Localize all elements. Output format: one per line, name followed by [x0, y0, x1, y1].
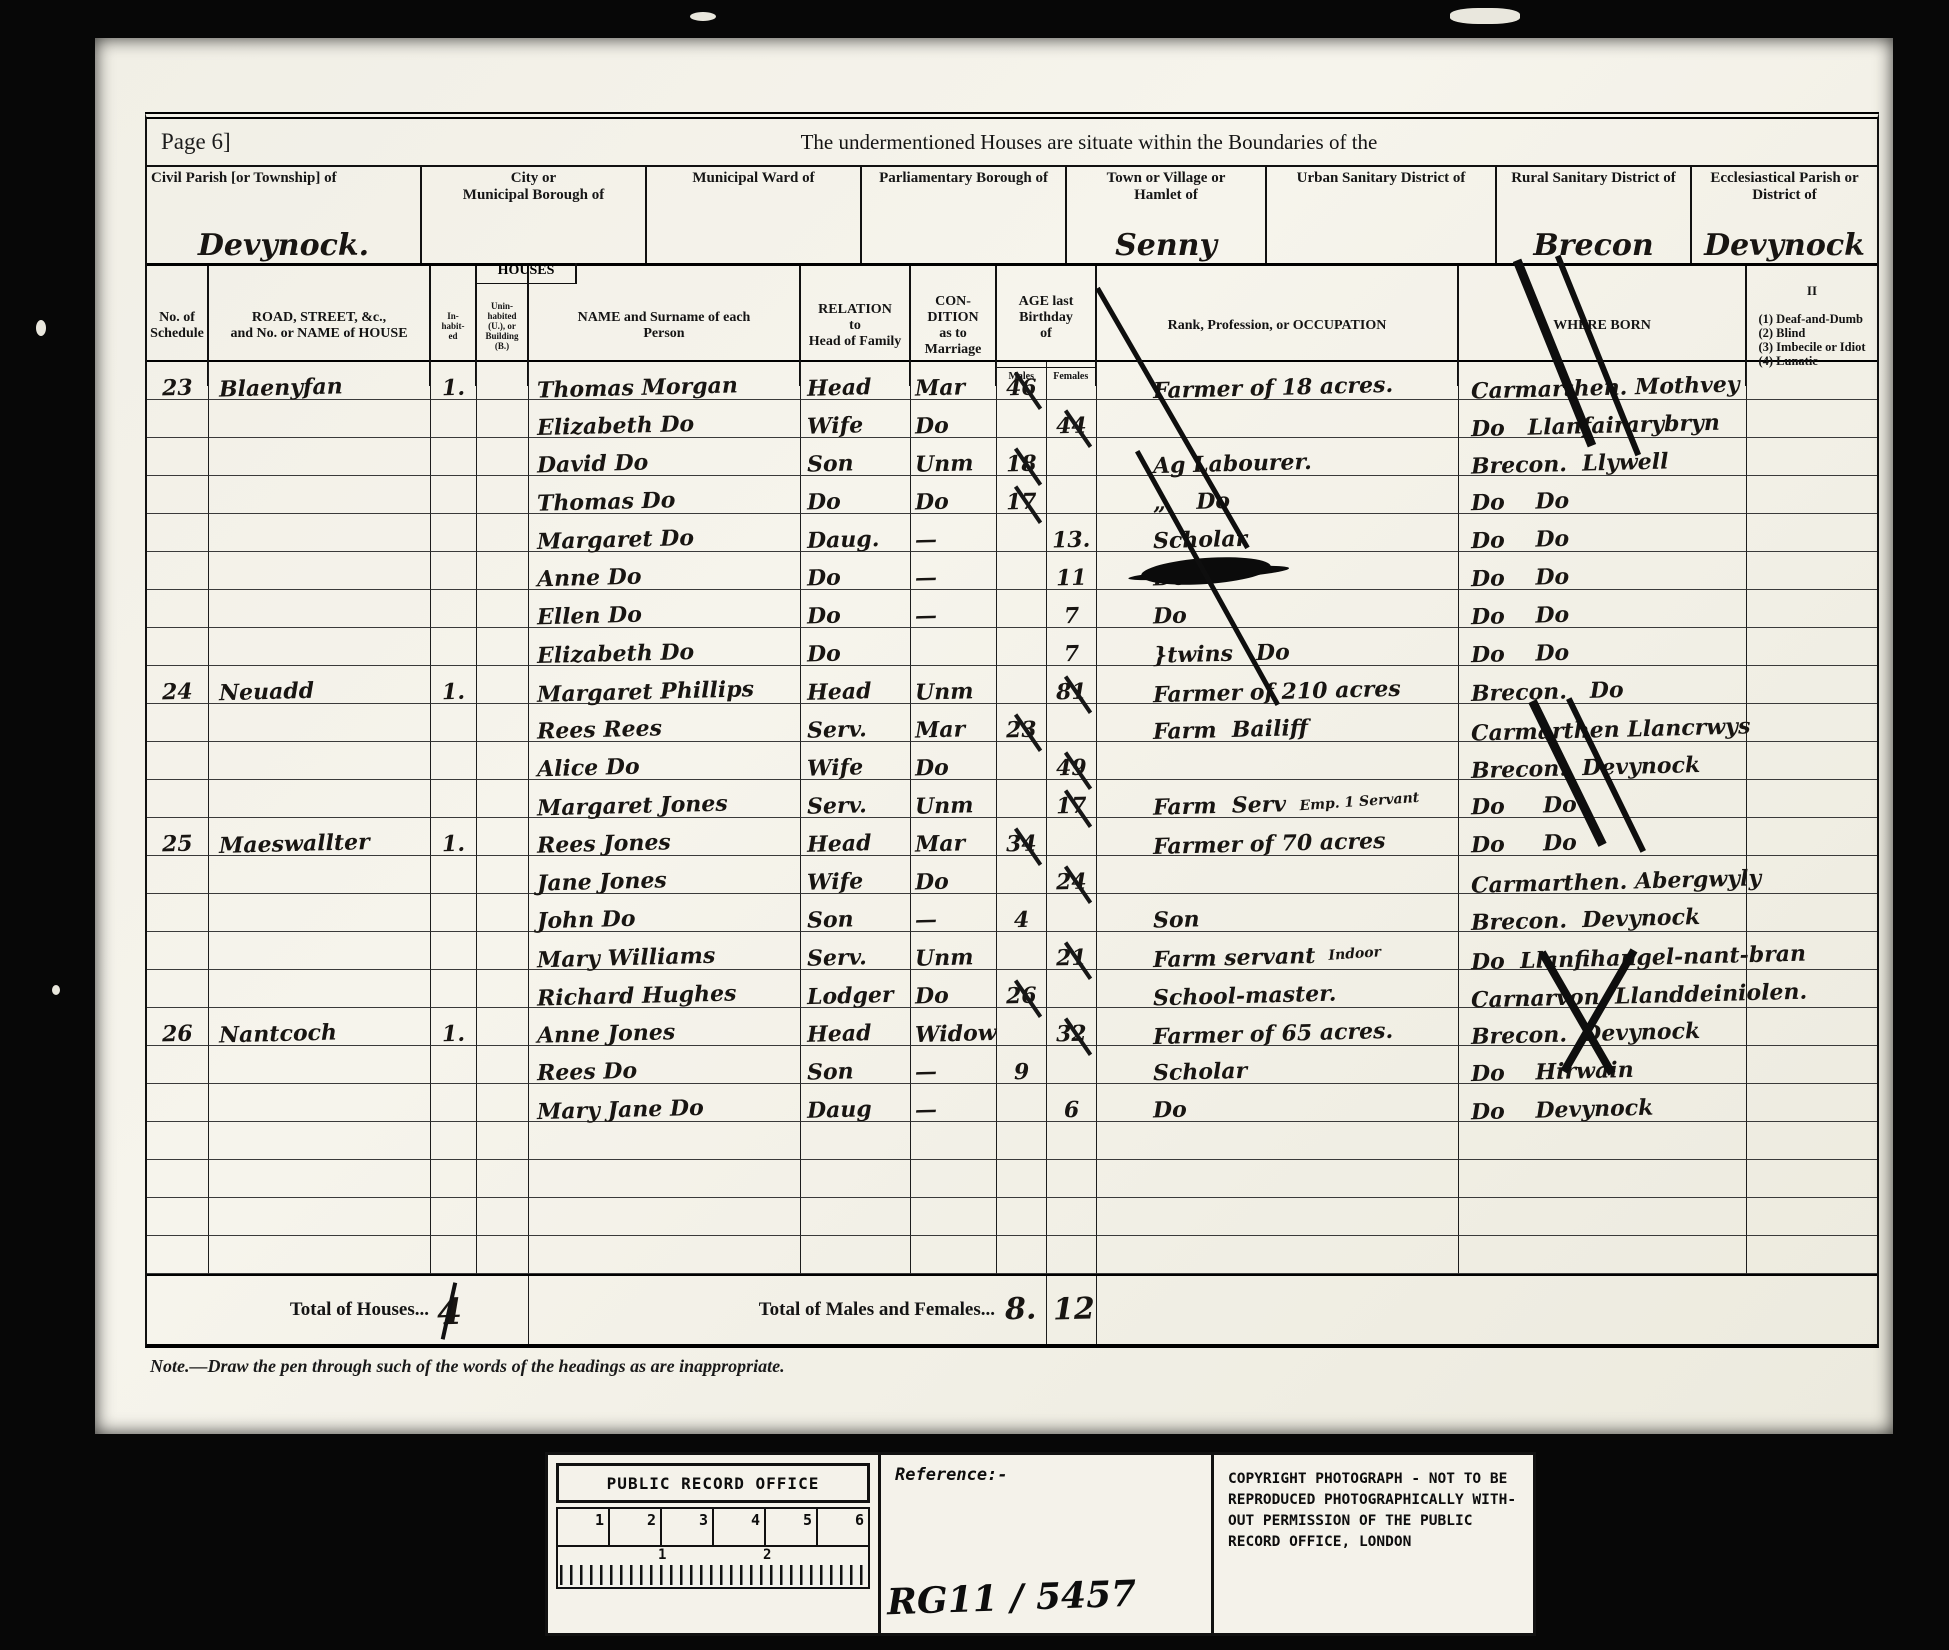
- handwritten-entry: Farmer of 65 acres.: [1153, 1020, 1394, 1048]
- handwritten-entry: School-master.: [1153, 983, 1337, 1010]
- cell-s: [147, 476, 209, 514]
- cell-i: [431, 1236, 477, 1274]
- table-row: Alice DoWifeDo49Brecon. Devynock: [147, 742, 1877, 780]
- handwritten-entry: 1.: [442, 833, 466, 856]
- handwritten-entry: Do Do: [1471, 528, 1570, 553]
- cell-r: Lodger: [801, 970, 911, 1008]
- total-houses-value: 4: [437, 1294, 463, 1331]
- district-label: Civil Parish [or Township] of: [151, 170, 416, 187]
- cell-x: [1747, 1122, 1877, 1160]
- column-header-row: No. of Schedule ROAD, STREET, &c., and N…: [147, 266, 1877, 362]
- cell-n: [529, 1122, 801, 1160]
- age-header-label: AGE last Birthday of: [1019, 294, 1074, 342]
- cell-f: [1047, 362, 1097, 400]
- cell-s: [147, 1160, 209, 1198]
- cell-m: [997, 400, 1047, 438]
- cell-f: 24: [1047, 856, 1097, 894]
- cell-h: [209, 932, 431, 970]
- cell-x: [1747, 932, 1877, 970]
- cell-r: Do: [801, 552, 911, 590]
- cell-r: Do: [801, 590, 911, 628]
- ruler-number: 6: [818, 1509, 868, 1545]
- cell-m: 46: [997, 362, 1047, 400]
- cell-n: Anne Do: [529, 552, 801, 590]
- handwritten-entry: Son: [807, 908, 854, 931]
- handwritten-entry: Margaret Phillips: [537, 678, 754, 706]
- page-number: Page 6]: [147, 129, 461, 155]
- cell-s: [147, 780, 209, 818]
- cell-s: [147, 1198, 209, 1236]
- cell-i: [431, 514, 477, 552]
- handwritten-entry: Do: [807, 491, 841, 514]
- cell-u: [477, 1236, 529, 1274]
- cell-s: [147, 704, 209, 742]
- handwritten-entry: Do: [1153, 605, 1187, 628]
- cell-o: Do: [1097, 1084, 1459, 1122]
- cell-r: Do: [801, 628, 911, 666]
- handwritten-entry: Unm: [915, 946, 974, 970]
- cell-h: [209, 552, 431, 590]
- handwritten-entry: 1.: [442, 681, 466, 704]
- cell-s: [147, 970, 209, 1008]
- cell-x: [1747, 742, 1877, 780]
- handwritten-entry: Carmarthen. Abergwyly: [1471, 867, 1762, 897]
- handwritten-entry: Head: [807, 680, 872, 704]
- cell-r: Head: [801, 666, 911, 704]
- cell-c: Unm: [911, 666, 997, 704]
- footer-note: Note.—Draw the pen through such of the w…: [150, 1356, 785, 1377]
- cell-s: [147, 1236, 209, 1274]
- cell-m: [997, 552, 1047, 590]
- handwritten-entry: Son: [807, 452, 854, 475]
- handwritten-entry: Do Do: [1471, 604, 1570, 629]
- cell-m: [997, 1160, 1047, 1198]
- handwritten-entry: Rees Rees: [537, 717, 663, 742]
- cell-u: [477, 438, 529, 476]
- cell-f: 44: [1047, 400, 1097, 438]
- handwritten-entry: 21: [1056, 947, 1087, 970]
- cell-o: [1097, 856, 1459, 894]
- table-row: David DoSonUnm18Ag Labourer.Brecon. Llyw…: [147, 438, 1877, 476]
- cell-x: [1747, 894, 1877, 932]
- cell-u: [477, 1122, 529, 1160]
- handwritten-entry: Serv.: [807, 946, 867, 970]
- handwritten-entry: Do Do: [1471, 642, 1570, 667]
- total-houses-label: Total of Houses...: [147, 1299, 431, 1321]
- cell-u: [477, 1084, 529, 1122]
- handwritten-entry: Farmer of 18 acres.: [1153, 374, 1394, 402]
- stamp-office-name: PUBLIC RECORD OFFICE: [556, 1463, 870, 1503]
- district-value: Devynock: [1704, 228, 1865, 263]
- cell-c: [911, 1160, 997, 1198]
- cell-x: [1747, 704, 1877, 742]
- cell-o: }twins Do: [1097, 628, 1459, 666]
- cell-n: Elizabeth Do: [529, 628, 801, 666]
- cell-r: Wife: [801, 856, 911, 894]
- handwritten-entry: 49: [1056, 757, 1087, 780]
- table-row: 24Neuadd1.Margaret PhillipsHeadUnm81Farm…: [147, 666, 1877, 704]
- ruler-tick-marks: [560, 1565, 866, 1585]
- cell-b: Do Llanfairarybryn: [1459, 400, 1747, 438]
- handwritten-entry: Do: [915, 757, 949, 780]
- cell-b: Carmarthen Llancrwys: [1459, 704, 1747, 742]
- cell-n: [529, 1160, 801, 1198]
- cell-n: John Do: [529, 894, 801, 932]
- cell-m: 34: [997, 818, 1047, 856]
- cell-n: [529, 1198, 801, 1236]
- cell-b: Do Do: [1459, 780, 1747, 818]
- cell-o: [1097, 1160, 1459, 1198]
- cell-x: [1747, 1236, 1877, 1274]
- table-row: [147, 1122, 1877, 1160]
- cell-n: [529, 1236, 801, 1274]
- cell-b: Brecon. Devynock: [1459, 1008, 1747, 1046]
- cell-m: [997, 1198, 1047, 1236]
- handwritten-entry: Mar: [915, 376, 966, 399]
- cell-f: 21: [1047, 932, 1097, 970]
- handwritten-entry: 18: [1006, 453, 1037, 476]
- cell-c: Unm: [911, 438, 997, 476]
- record-rows: 23Blaenyfan1.Thomas MorganHeadMar46Farme…: [147, 362, 1877, 1274]
- reference-label: Reference:-: [881, 1455, 1211, 1485]
- cell-c: [911, 628, 997, 666]
- handwritten-entry: 7: [1064, 605, 1080, 627]
- handwritten-entry: 7: [1064, 643, 1080, 665]
- table-row: [147, 1236, 1877, 1274]
- cell-h: [209, 780, 431, 818]
- cell-r: Head: [801, 362, 911, 400]
- cell-n: Anne Jones: [529, 1008, 801, 1046]
- cell-c: Mar: [911, 704, 997, 742]
- ruler-number: 2: [610, 1509, 662, 1545]
- handwritten-entry: Thomas Do: [537, 489, 676, 515]
- cell-u: [477, 552, 529, 590]
- handwritten-entry: Ag Labourer.: [1153, 451, 1312, 477]
- houses-header: HOUSES: [477, 263, 577, 284]
- cell-x: [1747, 1084, 1877, 1122]
- handwritten-entry: Do Do: [1471, 490, 1570, 515]
- cell-f: 11: [1047, 552, 1097, 590]
- cell-n: Thomas Do: [529, 476, 801, 514]
- handwritten-entry: Wife: [807, 414, 864, 437]
- table-row: Elizabeth DoDo7}twins DoDo Do: [147, 628, 1877, 666]
- cell-i: [431, 1160, 477, 1198]
- cell-c: Unm: [911, 932, 997, 970]
- cell-u: [477, 628, 529, 666]
- cell-s: [147, 1122, 209, 1160]
- cell-c: —: [911, 894, 997, 932]
- cell-i: 1.: [431, 1008, 477, 1046]
- cell-r: Serv.: [801, 780, 911, 818]
- cell-b: [1459, 1236, 1747, 1274]
- handwritten-entry: 17: [1056, 795, 1087, 818]
- ruler-number: 1: [558, 1509, 610, 1545]
- cell-f: 49: [1047, 742, 1097, 780]
- cell-h: [209, 1236, 431, 1274]
- handwritten-entry: Scholar: [1153, 1060, 1248, 1084]
- cell-s: 25: [147, 818, 209, 856]
- cell-i: [431, 1084, 477, 1122]
- cell-b: Brecon. Do: [1459, 666, 1747, 704]
- handwritten-entry: —: [915, 1061, 938, 1084]
- handwritten-entry: Richard Hughes: [537, 982, 737, 1009]
- cell-n: Jane Jones: [529, 856, 801, 894]
- occupation-annotation: Indoor: [1328, 945, 1381, 963]
- cell-n: Margaret Jones: [529, 780, 801, 818]
- cell-i: [431, 932, 477, 970]
- cell-m: [997, 932, 1047, 970]
- handwritten-entry: 25: [162, 833, 193, 856]
- handwritten-entry: 32: [1056, 1023, 1087, 1046]
- handwritten-entry: Lodger: [807, 984, 894, 1008]
- stamp-ruler-numbers: 123456: [556, 1507, 870, 1545]
- cell-x: [1747, 1046, 1877, 1084]
- district-value: Senny: [1115, 228, 1217, 263]
- cell-c: Do: [911, 742, 997, 780]
- cell-b: Brecon. Devynock: [1459, 894, 1747, 932]
- cell-f: [1047, 1122, 1097, 1160]
- cell-o: Farm servantIndoor: [1097, 932, 1459, 970]
- cell-o: Ag Labourer.: [1097, 438, 1459, 476]
- cell-s: 26: [147, 1008, 209, 1046]
- district-cell-6: Rural Sanitary District ofBrecon: [1497, 167, 1692, 263]
- table-row: Ellen DoDo—7DoDo Do: [147, 590, 1877, 628]
- scan-speck: [690, 12, 716, 21]
- handwritten-entry: Do: [807, 605, 841, 628]
- cell-h: [209, 1122, 431, 1160]
- table-row: Anne DoDo—11DoDo Do: [147, 552, 1877, 590]
- cell-u: [477, 932, 529, 970]
- cell-f: [1047, 1160, 1097, 1198]
- cell-m: [997, 1122, 1047, 1160]
- district-header-band: Civil Parish [or Township] ofDevynock.Ci…: [147, 167, 1877, 266]
- cell-s: [147, 438, 209, 476]
- table-row: [147, 1198, 1877, 1236]
- stamp-copyright-section: COPYRIGHT PHOTOGRAPH - NOT TO BEREPRODUC…: [1214, 1455, 1533, 1633]
- handwritten-entry: —: [915, 1099, 938, 1122]
- cell-f: [1047, 818, 1097, 856]
- cell-i: [431, 704, 477, 742]
- infirmity-item: (1) Deaf-and-Dumb: [1758, 312, 1865, 326]
- copyright-line: REPRODUCED PHOTOGRAPHICALLY WITH-: [1228, 1490, 1525, 1511]
- cell-u: [477, 780, 529, 818]
- cell-o: Do: [1097, 552, 1459, 590]
- handwritten-entry: 81: [1056, 681, 1087, 704]
- cell-s: [147, 552, 209, 590]
- handwritten-entry: 24: [162, 681, 193, 704]
- handwritten-entry: Mary Williams: [537, 945, 716, 972]
- handwritten-entry: Farm servant: [1153, 945, 1316, 971]
- handwritten-entry: Do: [807, 567, 841, 590]
- cell-x: [1747, 514, 1877, 552]
- cell-h: [209, 856, 431, 894]
- cell-x: [1747, 362, 1877, 400]
- cell-i: [431, 742, 477, 780]
- cell-b: Carmarthen. Abergwyly: [1459, 856, 1747, 894]
- cell-b: [1459, 1122, 1747, 1160]
- cell-r: [801, 1160, 911, 1198]
- cell-c: —: [911, 590, 997, 628]
- cell-m: [997, 1084, 1047, 1122]
- scan-speck: [36, 320, 46, 336]
- handwritten-entry: Brecon. Do: [1471, 679, 1624, 705]
- cell-u: [477, 856, 529, 894]
- district-label: Ecclesiastical Parish or District of: [1696, 170, 1873, 204]
- handwritten-entry: Wife: [807, 870, 864, 893]
- cell-n: Rees Do: [529, 1046, 801, 1084]
- cell-s: [147, 894, 209, 932]
- cell-i: 1.: [431, 362, 477, 400]
- cell-c: [911, 1236, 997, 1274]
- cell-m: [997, 666, 1047, 704]
- table-row: [147, 1160, 1877, 1198]
- cell-s: [147, 628, 209, 666]
- cell-s: [147, 742, 209, 780]
- cell-f: 7: [1047, 590, 1097, 628]
- cell-x: [1747, 970, 1877, 1008]
- cell-h: [209, 628, 431, 666]
- district-label: Municipal Ward of: [651, 170, 856, 187]
- cell-m: 18: [997, 438, 1047, 476]
- handwritten-entry: Rees Jones: [537, 831, 671, 856]
- cell-u: [477, 1198, 529, 1236]
- handwritten-entry: Widow: [915, 1022, 997, 1046]
- cell-o: Farm ServEmp. 1 Servant: [1097, 780, 1459, 818]
- cell-u: [477, 818, 529, 856]
- handwritten-entry: Farm Serv: [1153, 793, 1287, 818]
- stamp-reference-section: Reference:- RG11 / 5457: [881, 1455, 1214, 1633]
- cell-h: Nantcoch: [209, 1008, 431, 1046]
- handwritten-entry: 1.: [442, 377, 466, 400]
- cell-h: [209, 514, 431, 552]
- cell-x: [1747, 818, 1877, 856]
- handwritten-entry: 1.: [442, 1023, 466, 1046]
- handwritten-entry: Do Devynock: [1471, 1097, 1654, 1124]
- cell-f: [1047, 476, 1097, 514]
- handwritten-entry: 13.: [1052, 529, 1091, 552]
- handwritten-entry: Mar: [915, 832, 966, 855]
- cell-o: Farmer of 65 acres.: [1097, 1008, 1459, 1046]
- cell-x: [1747, 400, 1877, 438]
- infirmity-item: (2) Blind: [1758, 326, 1865, 340]
- cell-o: Scholar: [1097, 514, 1459, 552]
- cell-m: 23: [997, 704, 1047, 742]
- copyright-line: RECORD OFFICE, LONDON: [1228, 1532, 1525, 1553]
- cell-u: [477, 894, 529, 932]
- district-label: City or Municipal Borough of: [426, 170, 641, 204]
- cell-x: [1747, 438, 1877, 476]
- cell-u: [477, 362, 529, 400]
- handwritten-entry: Rees Do: [537, 1060, 638, 1085]
- district-cell-1: City or Municipal Borough of: [422, 167, 647, 263]
- cell-r: Son: [801, 894, 911, 932]
- district-cell-5: Urban Sanitary District of: [1267, 167, 1497, 263]
- handwritten-entry: Do: [915, 415, 949, 438]
- cell-o: [1097, 1122, 1459, 1160]
- handwritten-entry: Ellen Do: [537, 604, 642, 629]
- ruler-number: 5: [766, 1509, 818, 1545]
- cell-f: 17: [1047, 780, 1097, 818]
- cell-x: [1747, 476, 1877, 514]
- cell-x: [1747, 590, 1877, 628]
- handwritten-entry: —: [915, 605, 938, 628]
- handwritten-entry: Brecon. Devynock: [1471, 754, 1701, 782]
- cell-b: [1459, 1160, 1747, 1198]
- cell-h: [209, 970, 431, 1008]
- handwritten-entry: Nantcoch: [219, 1021, 338, 1046]
- district-cell-3: Parliamentary Borough of: [862, 167, 1067, 263]
- cell-m: [997, 628, 1047, 666]
- cell-n: Margaret Phillips: [529, 666, 801, 704]
- cell-m: 4: [997, 894, 1047, 932]
- cell-r: Serv.: [801, 932, 911, 970]
- handwritten-entry: Farmer of 70 acres: [1153, 830, 1386, 858]
- handwritten-entry: Daug.: [807, 528, 880, 552]
- district-value: Brecon: [1533, 228, 1653, 263]
- handwritten-entry: 46: [1006, 377, 1037, 400]
- table-row: Rees DoSon—9ScholarDo Hirwain: [147, 1046, 1877, 1084]
- cell-c: —: [911, 1046, 997, 1084]
- cell-s: [147, 514, 209, 552]
- handwritten-entry: Serv.: [807, 718, 867, 742]
- cell-f: [1047, 894, 1097, 932]
- handwritten-entry: Alice Do: [537, 756, 640, 781]
- cell-f: [1047, 704, 1097, 742]
- cell-f: 6: [1047, 1084, 1097, 1122]
- table-row: John DoSon—4SonBrecon. Devynock: [147, 894, 1877, 932]
- cell-r: Wife: [801, 742, 911, 780]
- handwritten-entry: Unm: [915, 680, 974, 704]
- cell-m: [997, 514, 1047, 552]
- cell-s: [147, 932, 209, 970]
- cell-c: Mar: [911, 362, 997, 400]
- cell-o: Son: [1097, 894, 1459, 932]
- handwritten-entry: Unm: [915, 452, 974, 476]
- cell-c: [911, 1122, 997, 1160]
- cell-r: Serv.: [801, 704, 911, 742]
- table-row: Jane JonesWifeDo24Carmarthen. Abergwyly: [147, 856, 1877, 894]
- total-males-value: 8.: [997, 1294, 1037, 1325]
- cell-b: Do Do: [1459, 476, 1747, 514]
- handwritten-entry: Elizabeth Do: [537, 641, 695, 667]
- cell-h: [209, 704, 431, 742]
- cell-n: Margaret Do: [529, 514, 801, 552]
- handwritten-entry: Elizabeth Do: [537, 413, 695, 439]
- handwritten-entry: —: [915, 529, 938, 552]
- table-row: 26Nantcoch1.Anne JonesHeadWidow32Farmer …: [147, 1008, 1877, 1046]
- cell-i: [431, 590, 477, 628]
- cell-x: [1747, 552, 1877, 590]
- table-row: Margaret DoDaug.—13.ScholarDo Do: [147, 514, 1877, 552]
- cell-n: David Do: [529, 438, 801, 476]
- cell-h: [209, 1046, 431, 1084]
- cell-o: Farm Bailiff: [1097, 704, 1459, 742]
- cell-h: [209, 438, 431, 476]
- table-row: 23Blaenyfan1.Thomas MorganHeadMar46Farme…: [147, 362, 1877, 400]
- cell-x: [1747, 666, 1877, 704]
- cell-u: [477, 514, 529, 552]
- cell-h: [209, 1084, 431, 1122]
- handwritten-entry: 44: [1056, 415, 1087, 438]
- handwritten-entry: Maeswallter: [219, 831, 370, 857]
- cell-x: [1747, 628, 1877, 666]
- handwritten-entry: Mary Jane Do: [537, 1097, 704, 1123]
- handwritten-entry: Scholar: [1153, 528, 1248, 552]
- cell-u: [477, 742, 529, 780]
- cell-h: [209, 476, 431, 514]
- cell-n: Richard Hughes: [529, 970, 801, 1008]
- handwritten-entry: 23: [162, 377, 193, 400]
